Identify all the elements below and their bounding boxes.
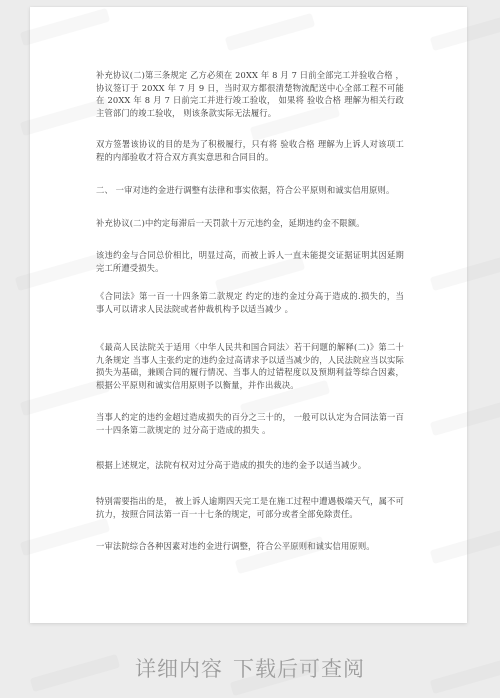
paragraph-1: 补充协议(二)第三条规定 乙方必须在 20XX 年 8 月 7 日前全部完工并验… bbox=[96, 69, 404, 119]
paragraph-2: 双方签署该协议的目的是为了积极履行，只有将 验收合格 理解为上诉人对该项工程的内… bbox=[96, 138, 404, 163]
download-prompt-part2: 下载后可查阅 bbox=[233, 657, 365, 681]
paragraph-11: 一审法院综合各种因素对违约金进行调整，符合公平原则和诚实信用原则。 bbox=[96, 540, 404, 553]
paragraph-5: 该违约金与合同总价相比，明显过高，而被上诉人一直未能提交证据证明其因延期完工所遭… bbox=[96, 249, 404, 274]
paragraph-9: 根据上述规定，法院有权对过分高于造成的损失的违约金予以适当减少。 bbox=[96, 459, 404, 472]
section-heading-2: 二、 一审对违约金进行调整有法律和事实依据，符合公平原则和诚实信用原则。 bbox=[96, 184, 404, 197]
download-prompt-banner[interactable]: 详细内容下载后可查阅 bbox=[0, 652, 500, 686]
paragraph-4: 补充协议(二)中约定每滞后一天罚款十万元违约金，延期违约金不限额。 bbox=[96, 217, 404, 230]
paragraph-8: 当事人约定的违约金超过造成损失的百分之三十的， 一般可以认定为合同法第一百一十四… bbox=[96, 411, 404, 436]
paragraph-6: 《合同法》第一百一十四条第二款规定 约定的违约金过分高于造成的.损失的，当事人可… bbox=[96, 290, 404, 315]
paragraph-7: 《最高人民法院关于适用〈中华人民共和国合同法〉若干问题的解释(二)》第二十九条规… bbox=[96, 341, 404, 391]
document-page: 补充协议(二)第三条规定 乙方必须在 20XX 年 8 月 7 日前全部完工并验… bbox=[30, 7, 467, 623]
paragraph-10: 特别需要指出的是， 被上诉人逾期四天完工是在施工过程中遭遇极端天气，属不可抗力，… bbox=[96, 495, 404, 520]
download-prompt-part1: 详细内容 bbox=[135, 657, 223, 681]
